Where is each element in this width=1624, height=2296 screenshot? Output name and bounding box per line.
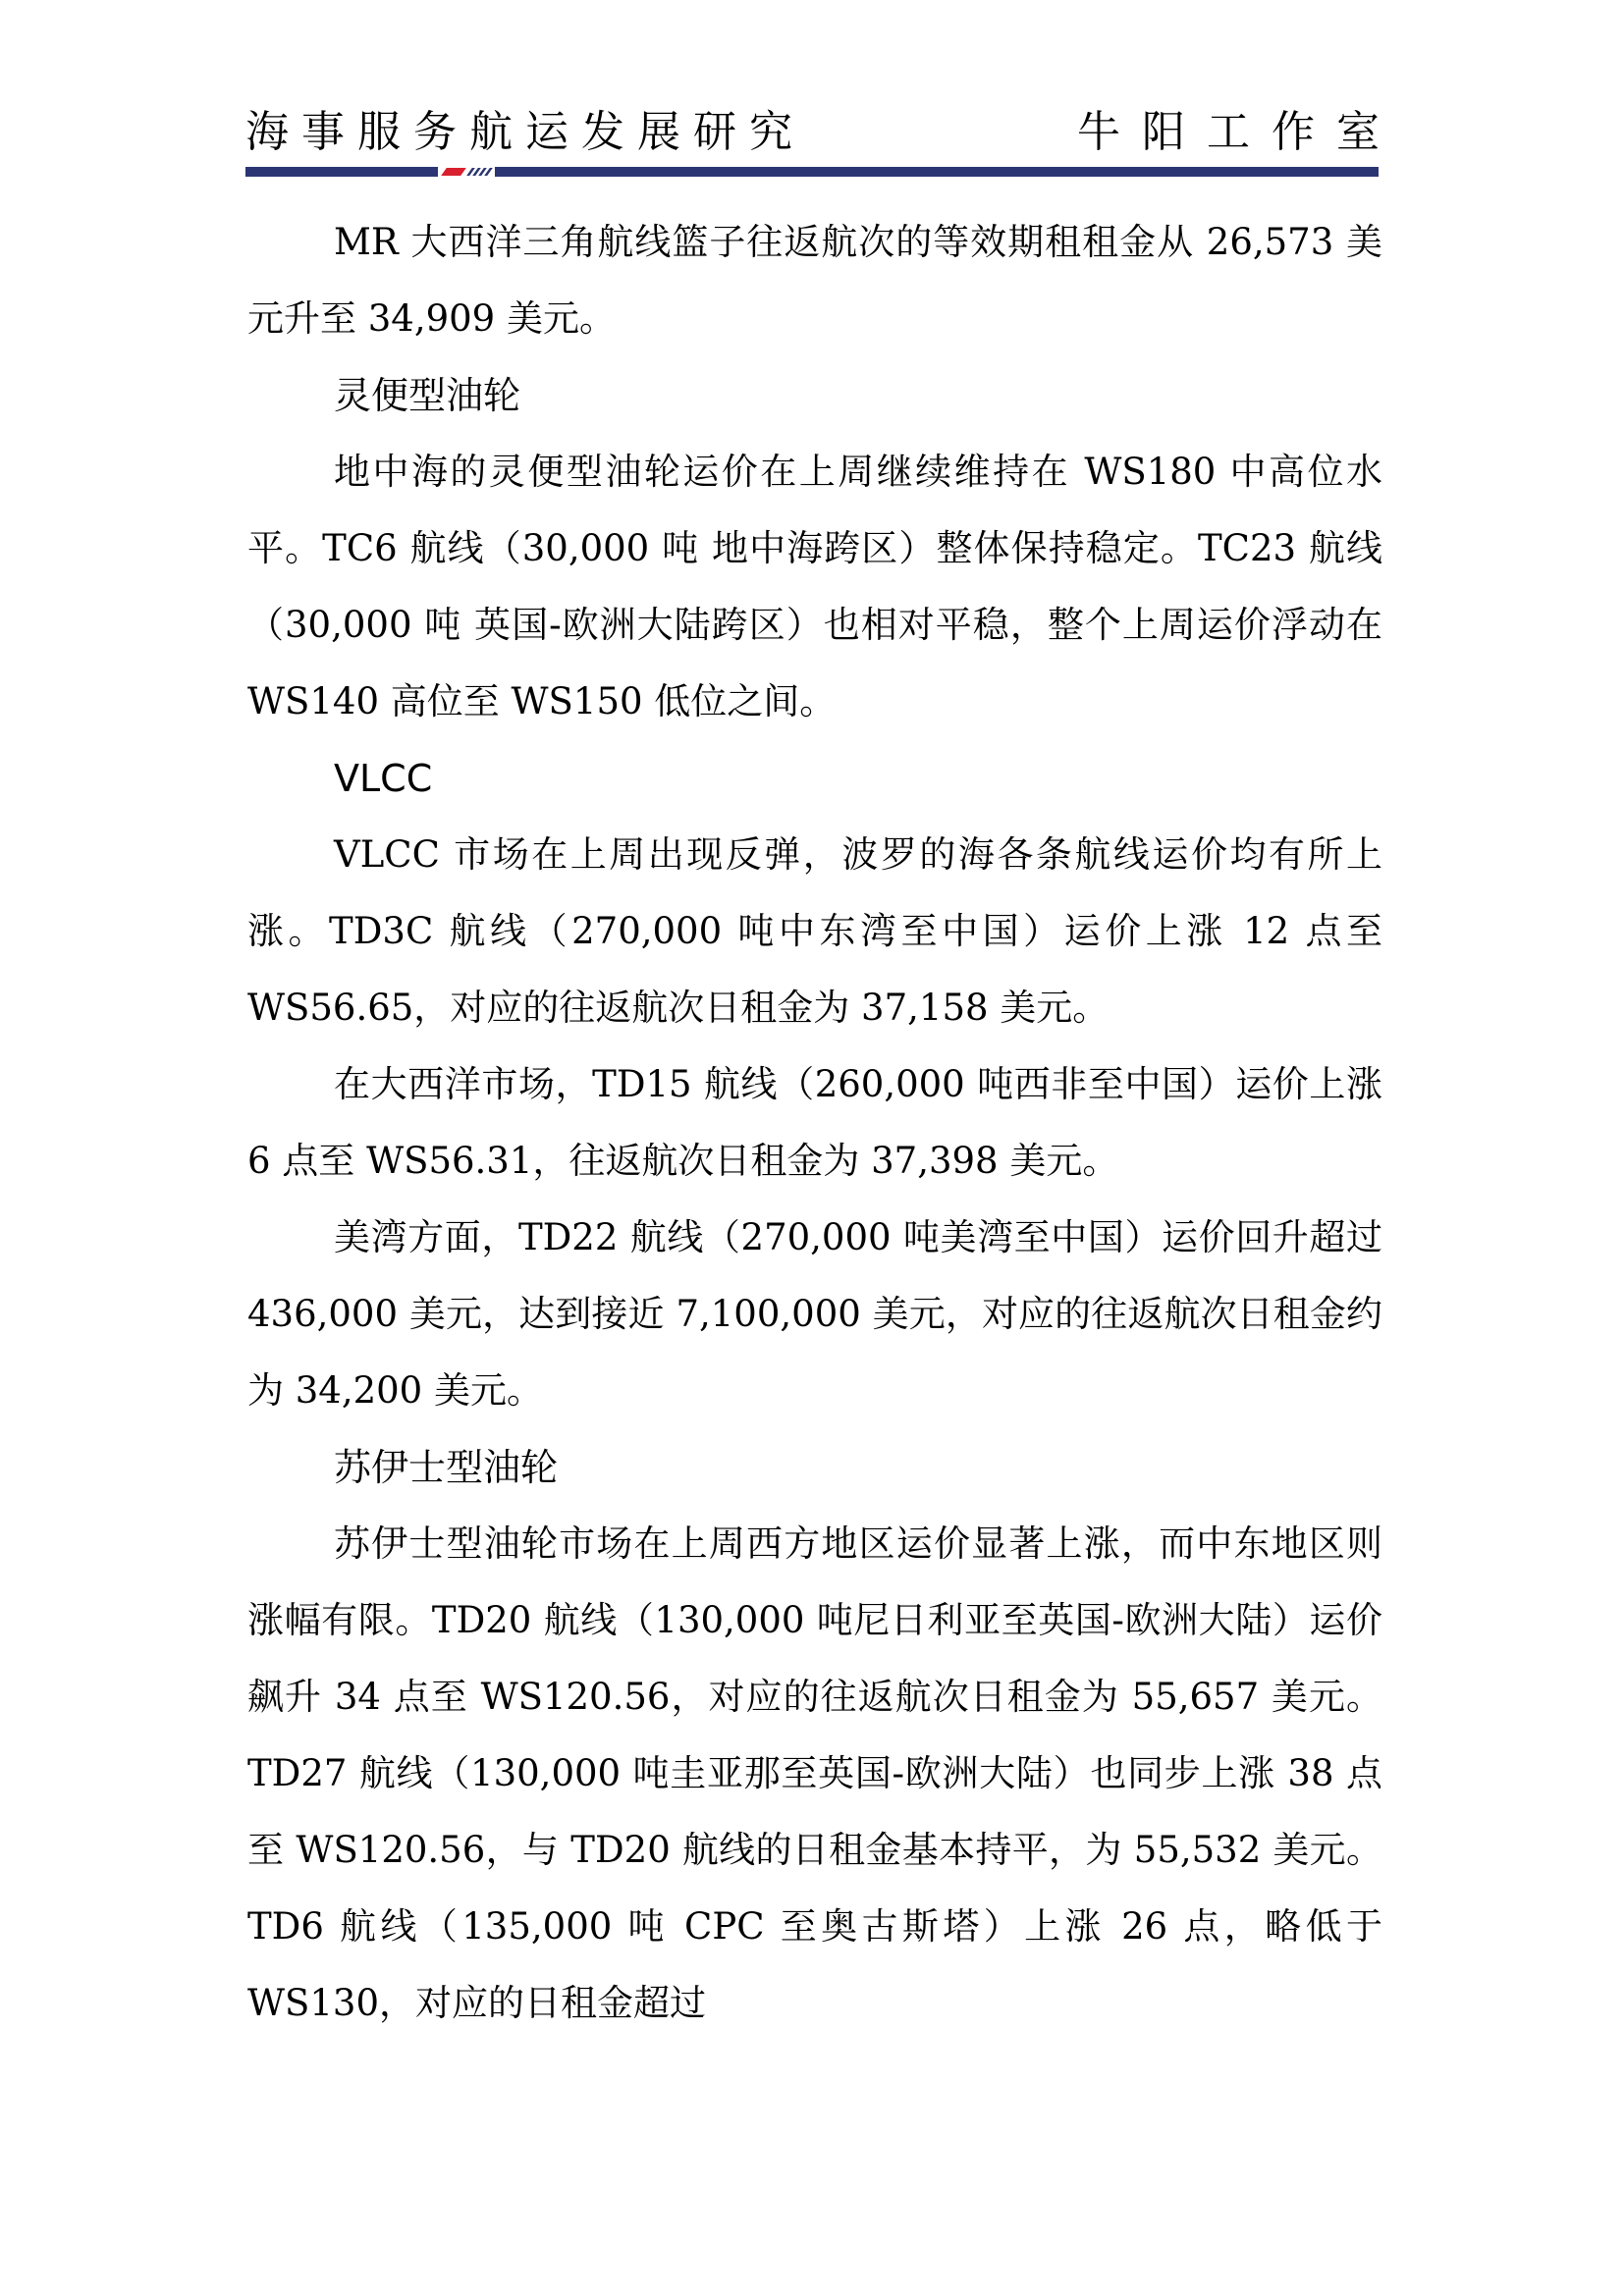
document-body: MR 大西洋三角航线篮子往返航次的等效期租租金从 26,573 美元升至 34,…	[247, 204, 1382, 2042]
page-header: 海事服务航运发展研究 牛阳工作室	[245, 98, 1380, 157]
paragraph-handysize: 地中海的灵便型油轮运价在上周继续维持在 WS180 中高位水平。TC6 航线（3…	[247, 434, 1382, 740]
paragraph-mr-atlantic: MR 大西洋三角航线篮子往返航次的等效期租租金从 26,573 美元升至 34,…	[247, 204, 1382, 357]
header-studio-name: 牛阳工作室	[1077, 96, 1401, 159]
section-heading-suezmax: 苏伊士型油轮	[247, 1429, 1382, 1506]
section-heading-handysize: 灵便型油轮	[247, 357, 1382, 434]
header-rule	[245, 167, 1379, 177]
paragraph-vlcc-td3c: VLCC 市场在上周出现反弹，波罗的海各条航线运价均有所上涨。TD3C 航线（2…	[247, 817, 1382, 1046]
header-title: 海事服务航运发展研究	[245, 96, 805, 159]
paragraph-vlcc-td22: 美湾方面，TD22 航线（270,000 吨美湾至中国）运价回升超过 436,0…	[247, 1200, 1382, 1429]
paragraph-suezmax: 苏伊士型油轮市场在上周西方地区运价显著上涨，而中东地区则涨幅有限。TD20 航线…	[247, 1506, 1382, 2042]
section-heading-vlcc: VLCC	[247, 740, 1382, 817]
paragraph-vlcc-td15: 在大西洋市场，TD15 航线（260,000 吨西非至中国）运价上涨 6 点至 …	[247, 1046, 1382, 1200]
